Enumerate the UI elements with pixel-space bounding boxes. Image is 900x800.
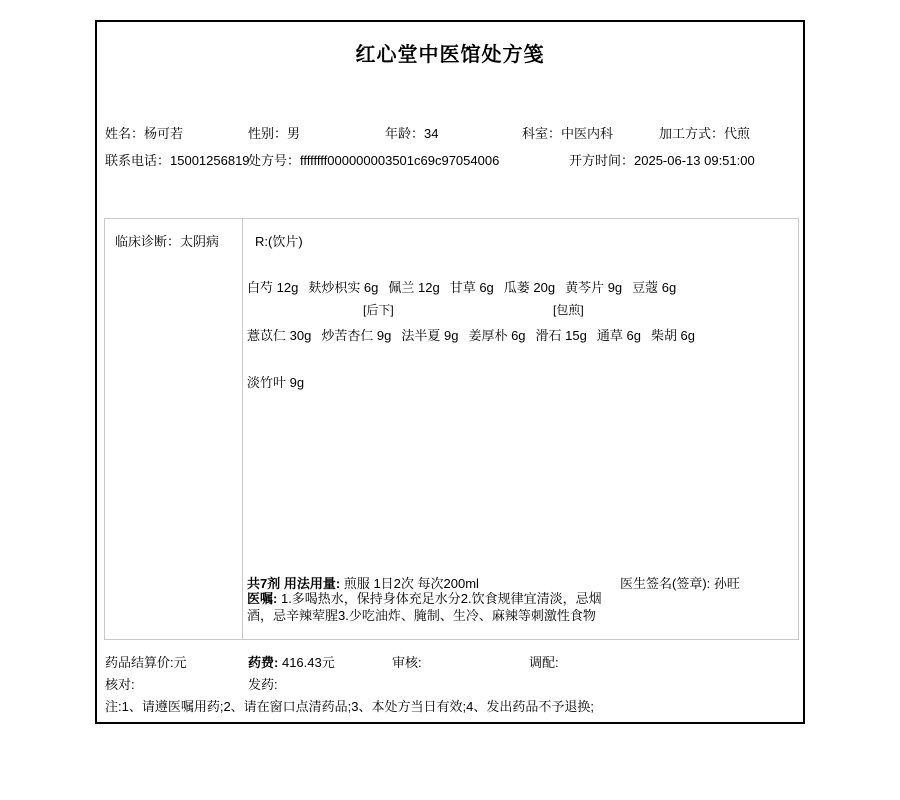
prescription-number: 处方号：ffffffff000000003501c69c97054006 [248,150,499,169]
patient-gender: 性别：男 [248,123,300,142]
check-field: 核对: [105,674,135,693]
medicine-item: 豆蔻 6g [632,277,676,296]
dose-count: 共7剂 [247,576,280,591]
doctor-signature: 医生签名(签章): 孙旺 [620,573,740,592]
annotation-add-later: [后下] [363,301,394,318]
medicine-fee: 药费: 416.43元 [248,652,335,671]
prepare-field: 调配: [529,652,559,671]
medicine-line-2: 薏苡仁 30g 炒苦杏仁 9g 法半夏 9g 姜厚朴 6g 滑石 15g 通草 … [247,325,695,344]
prescription-sheet: 红心堂中医馆处方笺 姓名：杨可若 性别：男 年龄：34 科室：中医内科 加工方式… [95,20,805,724]
medicine-line-1: 白芍 12g 麸炒枳实 6g 佩兰 12g 甘草 6g 瓜蒌 20g 黄芩片 9… [247,277,676,296]
dispense-field: 发药: [248,674,278,693]
medicine-item: 淡竹叶 9g [247,372,304,391]
footer-row-1: 药品结算价:元 药费: 416.43元 审核: 调配: [97,652,803,668]
footer-note: 注:1、请遵医嘱用药;2、请在窗口点清药品;3、本处方当日有效;4、发出药品不予… [105,696,594,715]
usage-value: 煎服 1日2次 每次200ml [344,576,479,591]
doctor-advice: 医嘱: 1.多喝热水，保持身体充足水分2.饮食规律宜清淡，忌烟酒，忌辛辣荤腥3.… [247,590,621,624]
medicine-item: 麸炒枳实 6g [308,277,378,296]
processing-method: 加工方式：代煎 [659,123,750,142]
doctor-signature-name: 孙旺 [714,576,740,591]
annotation-wrap-boil: [包煎] [553,301,584,318]
prescribe-time: 开方时间：2025-06-13 09:51:00 [569,150,755,169]
medicine-item: 柴胡 6g [651,325,695,344]
contact-phone: 联系电话：15001256819 [105,150,250,169]
medicine-item: 黄芩片 9g [565,277,622,296]
doctor-advice-text: 1.多喝热水，保持身体充足水分2.饮食规律宜清淡，忌烟酒，忌辛辣荤腥3.少吃油炸… [247,591,602,623]
settlement-price: 药品结算价:元 [105,652,187,671]
medicine-item: 薏苡仁 30g [247,325,311,344]
decoction-annotation-row: [后下] [包煎] [105,301,798,315]
medicine-item: 法半夏 9g [401,325,458,344]
footer-row-2: 核对: 发药: [97,674,803,690]
medicine-item: 滑石 15g [536,325,587,344]
patient-info-row-1: 姓名：杨可若 性别：男 年龄：34 科室：中医内科 加工方式：代煎 [97,123,803,139]
department: 科室：中医内科 [522,123,613,142]
medicine-item: 白芍 12g [247,277,298,296]
medicine-item: 瓜蒌 20g [504,277,555,296]
medicine-item: 通草 6g [597,325,641,344]
medicine-item: 甘草 6g [450,277,494,296]
clinical-diagnosis: 临床诊断：太阴病 [105,219,243,639]
page-title: 红心堂中医馆处方笺 [97,38,803,67]
medicine-line-3: 淡竹叶 9g [247,372,304,391]
patient-info-row-2: 联系电话：15001256819 处方号：ffffffff00000000350… [97,150,803,166]
medicine-item: 姜厚朴 6g [468,325,525,344]
review-field: 审核: [392,652,422,671]
footer-note-row: 注:1、请遵医嘱用药;2、请在窗口点清药品;3、本处方当日有效;4、发出药品不予… [97,696,803,712]
usage-label: 用法用量: [284,576,340,591]
doctor-advice-label: 医嘱: [247,591,277,606]
medicine-item: 佩兰 12g [388,277,439,296]
prescription-body-box: 临床诊断：太阴病 R:(饮片) 白芍 12g 麸炒枳实 6g 佩兰 12g 甘草… [104,218,799,640]
rx-header: R:(饮片) [255,231,303,250]
doctor-signature-label: 医生签名(签章): [620,576,710,591]
patient-age: 年龄：34 [385,123,438,142]
patient-name: 姓名：杨可若 [105,123,183,142]
medicine-item: 炒苦杏仁 9g [321,325,391,344]
